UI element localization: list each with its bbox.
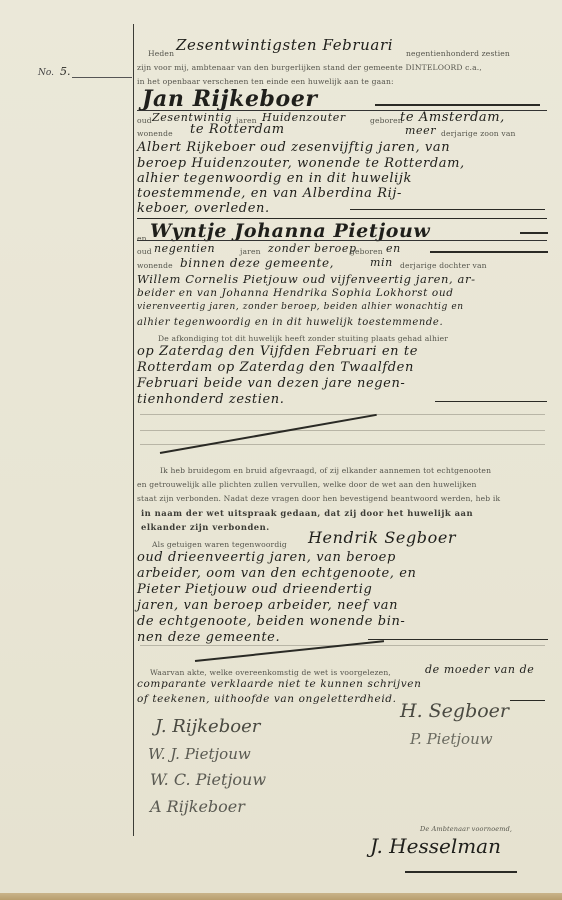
printed-line-2: zijn voor mij, ambtenaar van den burgerl… bbox=[137, 63, 482, 72]
bride-parents-line-4: alhier tegenwoordig en in dit huwelijk t… bbox=[137, 317, 443, 328]
proclamation-line-4: tienhonderd zestien. bbox=[137, 392, 285, 407]
bride-birthplace: en bbox=[386, 242, 401, 255]
groom-parents-end-line bbox=[350, 209, 545, 210]
closing-line-1: comparante verklaarde niet te kunnen sch… bbox=[137, 678, 421, 690]
printed-derjarige-dochter: derjarige dochter van bbox=[400, 261, 487, 270]
signature-p-pietjouw: P. Pietjouw bbox=[410, 730, 493, 748]
groom-name: Jan Rijkeboer bbox=[142, 86, 318, 112]
witness-line-6: nen deze gemeente. bbox=[137, 630, 280, 645]
groom-majority-status: meer bbox=[405, 124, 436, 137]
bride-name: Wyntje Johanna Pietjouw bbox=[150, 220, 430, 242]
printed-wonende-bride: wonende bbox=[137, 261, 173, 270]
printed-geboren-bride: geboren bbox=[350, 247, 383, 256]
bride-occupation: zonder beroep bbox=[268, 242, 357, 255]
signature-official: J. Hesselman bbox=[370, 834, 501, 858]
declaration-line-1: Ik heb bruidegom en bruid afgevraagd, of… bbox=[160, 466, 491, 475]
record-number-dash bbox=[72, 77, 132, 78]
proclamation-line-2: Rotterdam op Zaterdag den Twaalfden bbox=[137, 360, 414, 375]
declaration-line-3: staat zijn verbonden. Nadat deze vragen … bbox=[137, 494, 500, 503]
closing-hand-first: de moeder van de bbox=[425, 663, 534, 676]
groom-parents-line-5: keboer, overleden. bbox=[137, 201, 270, 216]
certificate-page: No. 5. Heden Zesentwintigsten Februari n… bbox=[0, 0, 562, 893]
printed-closing: Waarvan akte, welke overeenkomstig de we… bbox=[150, 668, 391, 677]
marriage-date: Zesentwintigsten Februari bbox=[176, 36, 393, 54]
printed-en: en bbox=[137, 234, 147, 243]
witness-line-3: Pieter Pietjouw oud drieendertig bbox=[137, 582, 372, 597]
bride-birth-line bbox=[430, 251, 548, 253]
bride-parents-line-2: beider en van Johanna Hendrika Sophia Lo… bbox=[137, 287, 454, 299]
witness-line-5: de echtgenoote, beiden wonende bin- bbox=[137, 614, 405, 629]
record-number: 5. bbox=[60, 65, 71, 78]
margin-rule bbox=[133, 24, 134, 836]
closing-line-2: of teekenen, uithoofde van ongeletterdhe… bbox=[137, 693, 397, 705]
declaration-line-2: en getrouwelijk alle plichten zullen ver… bbox=[137, 480, 477, 489]
signature-wc-pietjouw: W. C. Pietjouw bbox=[150, 770, 266, 789]
blank-rule-1 bbox=[140, 414, 545, 415]
printed-witnesses: Als getuigen waren tegenwoordig bbox=[152, 540, 287, 549]
proclamation-end-line bbox=[435, 401, 547, 402]
official-label: De Ambtenaar voornoemd, bbox=[420, 825, 512, 833]
bride-parents-line-1: Willem Cornelis Pietjouw oud vijfenveert… bbox=[137, 272, 476, 286]
printed-wonende: wonende bbox=[137, 129, 173, 138]
printed-heden: Heden bbox=[148, 49, 174, 58]
witness-line-2: arbeider, oom van den echtgenoote, en bbox=[137, 566, 417, 581]
bride-majority-status: min bbox=[370, 256, 393, 269]
signature-h-segboer: H. Segboer bbox=[400, 700, 509, 722]
proclamation-line-3: Februari beide van dezen jare negen- bbox=[137, 376, 405, 391]
printed-geboren: geboren bbox=[370, 116, 403, 125]
proclamation-line-1: op Zaterdag den Vijfden Februari en te bbox=[137, 344, 418, 359]
bride-parents-line-3: vierenveertig jaren, zonder beroep, beid… bbox=[137, 302, 464, 312]
printed-oud-bride: oud bbox=[137, 247, 152, 256]
blank-rule-2 bbox=[140, 430, 545, 431]
groom-parents-line-2: beroep Huidenzouter, wonende te Rotterda… bbox=[137, 156, 465, 171]
groom-name-line bbox=[375, 104, 540, 106]
witness-first-name: Hendrik Segboer bbox=[308, 528, 456, 547]
groom-parents-line-1: Albert Rijkeboer oud zesenvijftig jaren,… bbox=[137, 140, 450, 155]
bride-residence: binnen deze gemeente, bbox=[180, 256, 334, 270]
groom-parents-line-3: alhier tegenwoordig en in dit huwelijk bbox=[137, 171, 412, 186]
groom-section-divider bbox=[137, 218, 547, 219]
declaration-bold-1: in naam der wet uitspraak gedaan, dat zi… bbox=[141, 508, 473, 518]
groom-birthplace: te Amsterdam, bbox=[400, 110, 505, 125]
closing-end-line bbox=[510, 700, 545, 701]
witness-line-4: jaren, van beroep arbeider, neef van bbox=[137, 598, 398, 613]
witness-end-line bbox=[368, 639, 548, 640]
printed-line-3: in het openbaar verschenen ten einde een… bbox=[137, 77, 394, 86]
bride-name-line bbox=[520, 232, 548, 234]
groom-residence: te Rotterdam bbox=[190, 122, 285, 137]
witness-line-1: oud drieenveertig jaren, van beroep bbox=[137, 550, 396, 565]
signature-a-rijkeboer: A Rijkeboer bbox=[150, 797, 245, 816]
printed-jaren-bride: jaren bbox=[240, 247, 261, 256]
official-underline bbox=[405, 871, 517, 873]
record-number-label: No. bbox=[38, 68, 54, 78]
signature-j-rijkeboer: J. Rijkeboer bbox=[155, 716, 260, 737]
cancellation-stroke-1 bbox=[160, 414, 377, 454]
page-bottom-edge bbox=[0, 893, 562, 900]
declaration-bold-2: elkander zijn verbonden. bbox=[141, 522, 270, 532]
printed-oud: oud bbox=[137, 116, 152, 125]
printed-derjarige-zoon: derjarige zoon van bbox=[441, 129, 516, 138]
bride-underline bbox=[137, 240, 547, 241]
bride-age: negentien bbox=[154, 242, 215, 255]
signature-wj-pietjouw: W. J. Pietjouw bbox=[148, 745, 251, 763]
printed-year: negentienhonderd zestien bbox=[406, 49, 510, 58]
groom-parents-line-4: toestemmende, en van Alberdina Rij- bbox=[137, 186, 402, 201]
printed-proclamation: De afkondiging tot dit huwelijk heeft zo… bbox=[158, 334, 448, 343]
